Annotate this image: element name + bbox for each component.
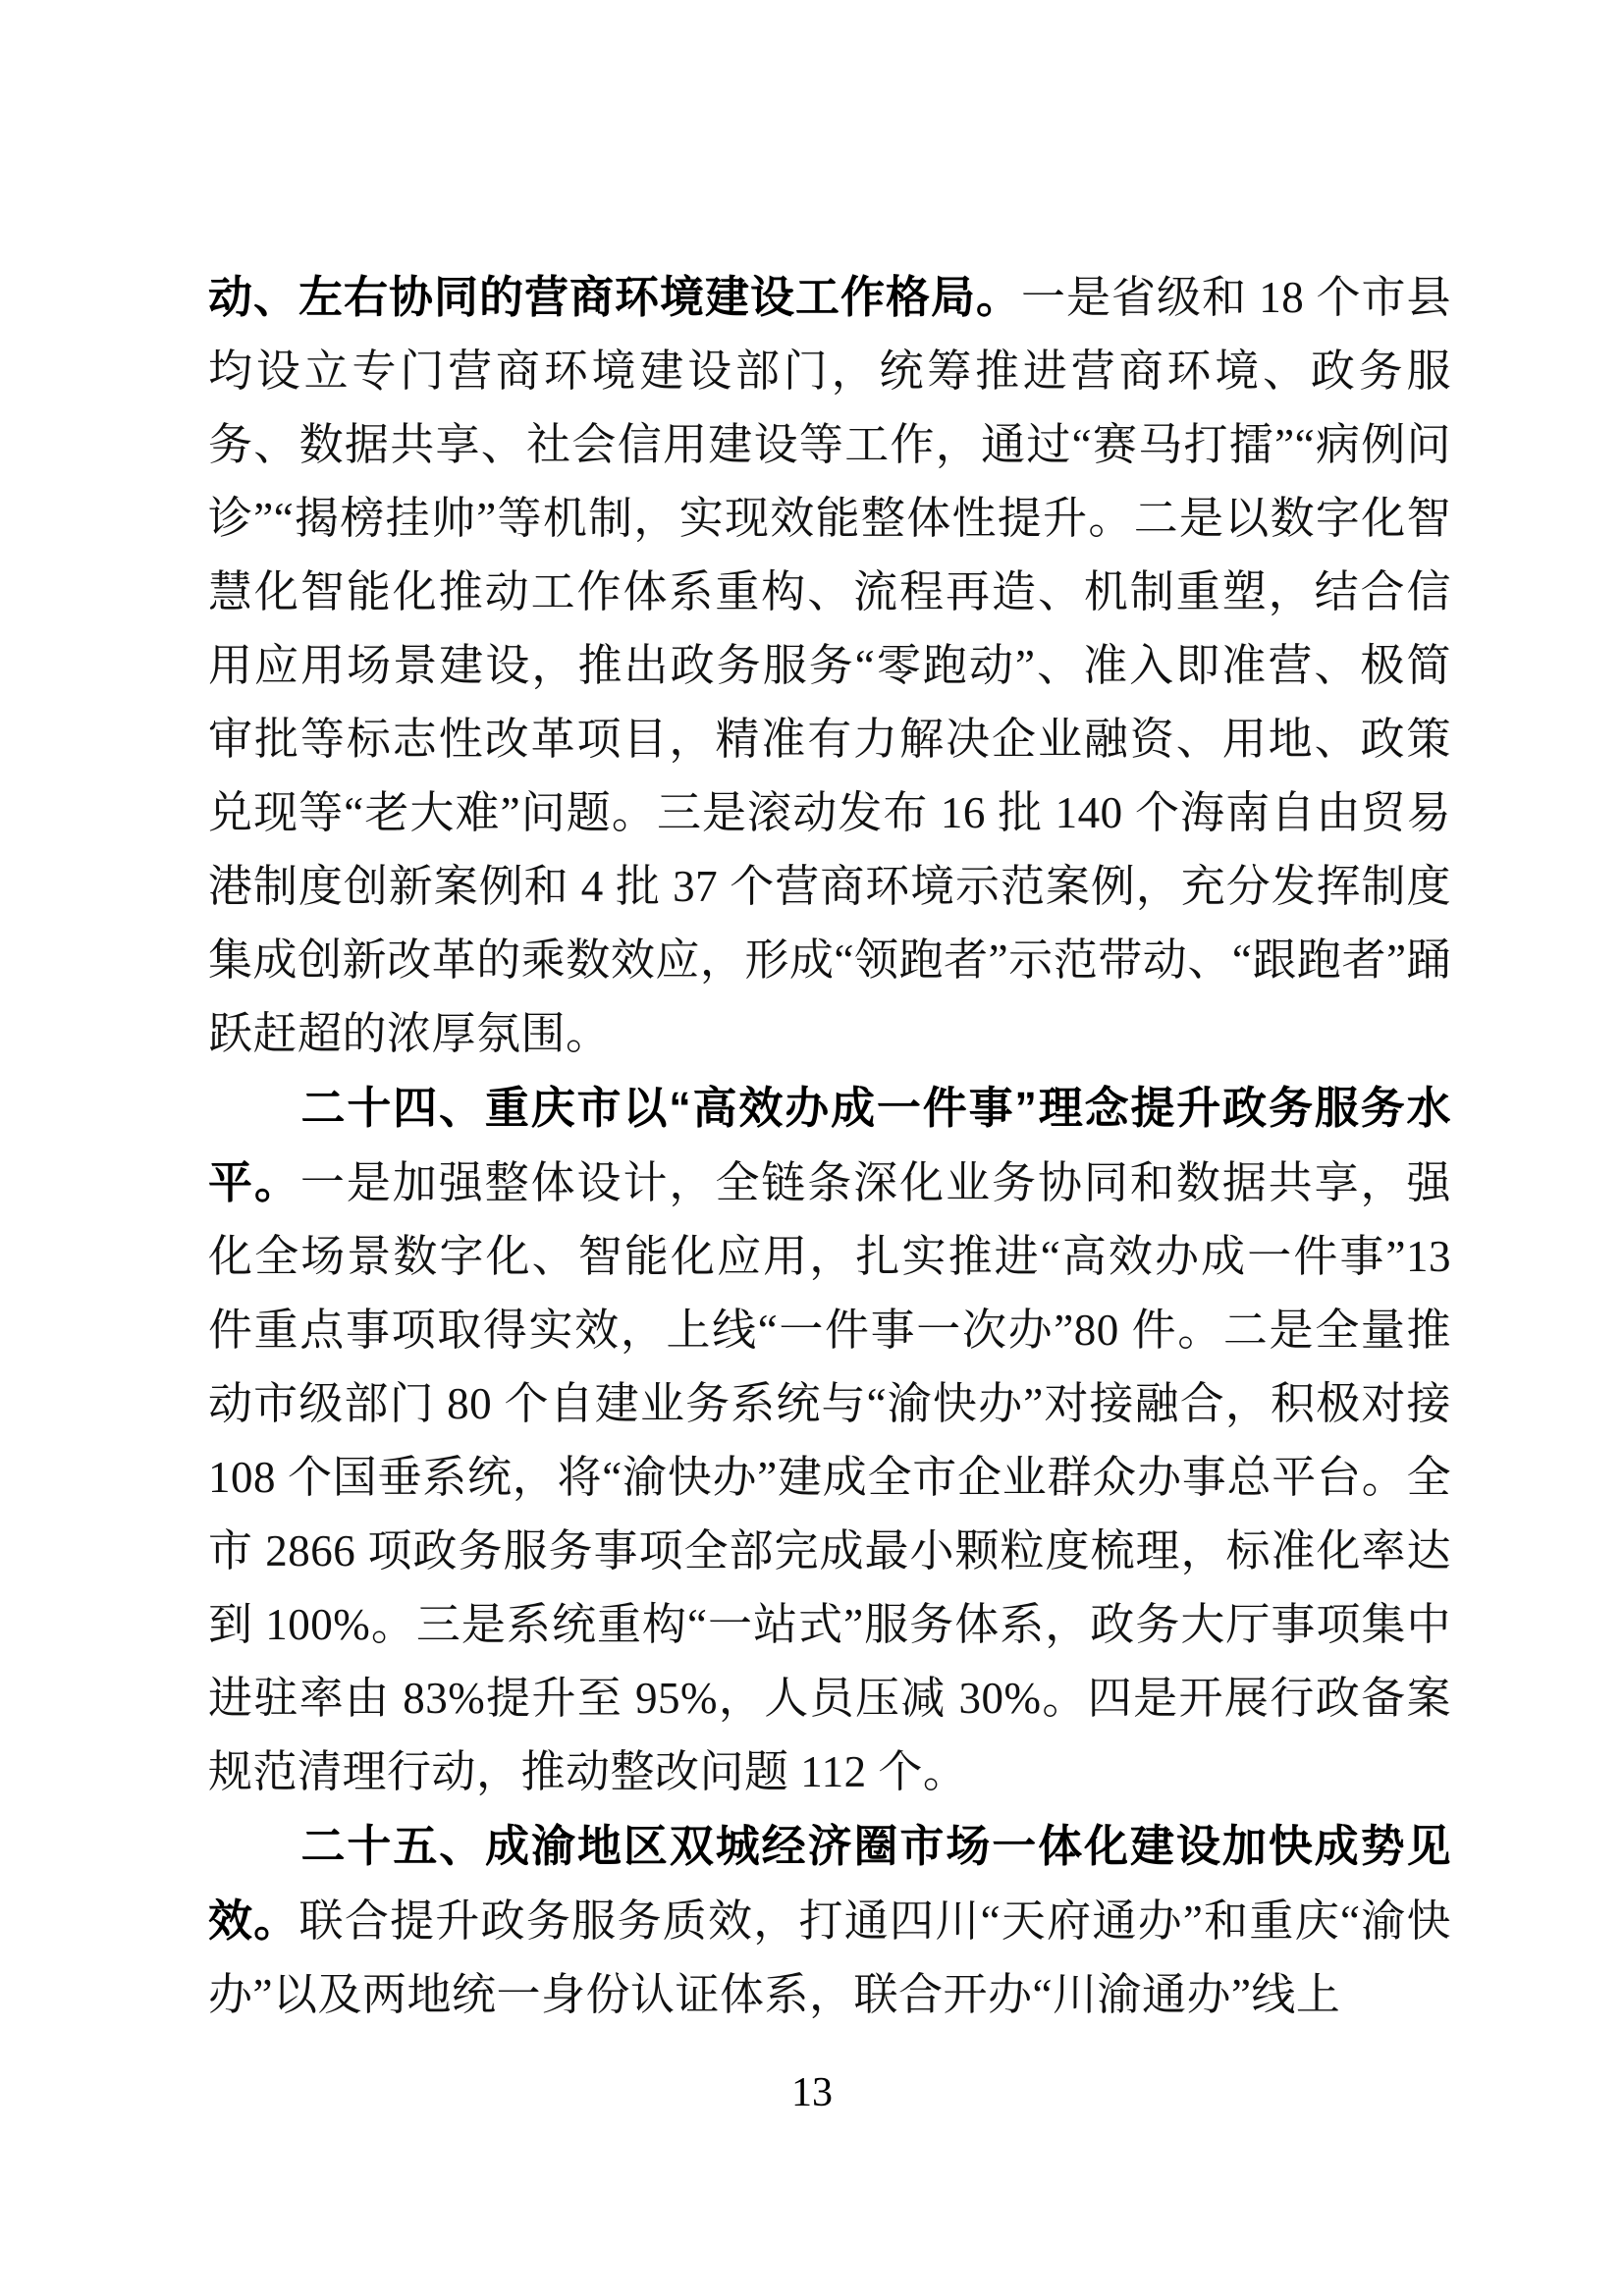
paragraph-continuation: 动、左右协同的营商环境建设工作格局。一是省级和 18 个市县均设立专门营商环境建… (208, 260, 1451, 1071)
document-page: 动、左右协同的营商环境建设工作格局。一是省级和 18 个市县均设立专门营商环境建… (0, 0, 1624, 2296)
paragraph-1-bold-lead: 动、左右协同的营商环境建设工作格局。 (208, 272, 1021, 322)
paragraph-3-body: 联合提升政务服务质效，打通四川“天府通办”和重庆“渝快办”以及两地统一身份认证体… (208, 1896, 1451, 2019)
page-body-text: 动、左右协同的营商环境建设工作格局。一是省级和 18 个市县均设立专门营商环境建… (208, 260, 1451, 2032)
paragraph-section-25: 二十五、成渝地区双城经济圈市场一体化建设加快成势见效。联合提升政务服务质效，打通… (208, 1809, 1451, 2032)
paragraph-2-body: 一是加强整体设计，全链条深化业务协同和数据共享，强化全场景数字化、智能化应用，扎… (208, 1158, 1451, 1796)
page-number: 13 (0, 2069, 1624, 2116)
paragraph-section-24: 二十四、重庆市以“高效办成一件事”理念提升政务服务水平。一是加强整体设计，全链条… (208, 1071, 1451, 1809)
paragraph-1-body: 一是省级和 18 个市县均设立专门营商环境建设部门，统筹推进营商环境、政务服务、… (208, 273, 1451, 1058)
